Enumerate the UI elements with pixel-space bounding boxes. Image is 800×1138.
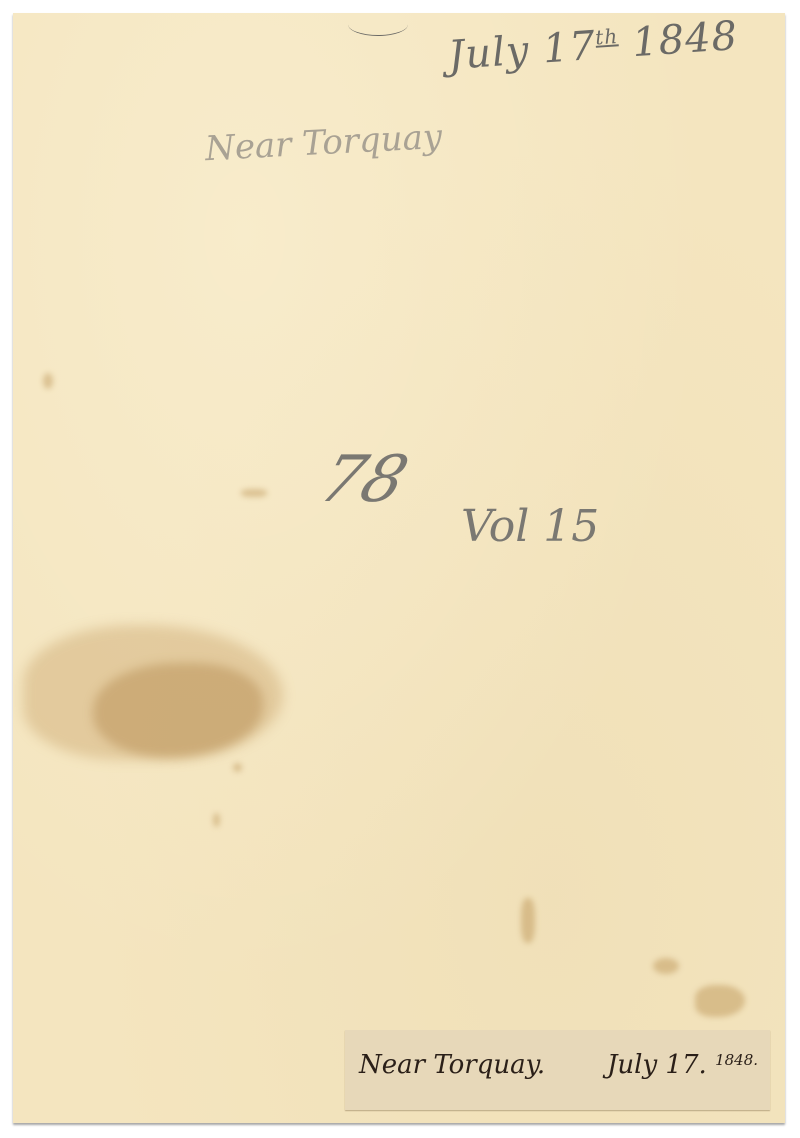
stain-spot xyxy=(213,813,220,827)
pasted-label: Near Torquay. July 17. 1848. xyxy=(345,1030,770,1110)
stain-corner xyxy=(695,985,745,1017)
pencil-date-suffix: th xyxy=(594,24,619,50)
pencil-volume: Vol 15 xyxy=(461,501,599,552)
label-date-day: July 17. xyxy=(607,1050,707,1080)
stain-spot xyxy=(653,958,679,974)
pencil-arc-mark xyxy=(348,13,408,36)
pencil-date-day: July 17 xyxy=(447,23,598,79)
stain-spot xyxy=(233,763,242,772)
stain-spot xyxy=(43,373,53,389)
pencil-date: July 17th 1848 xyxy=(447,13,740,79)
label-place: Near Torquay. xyxy=(359,1050,545,1080)
label-date-year: 1848. xyxy=(715,1051,758,1069)
label-date: July 17. 1848. xyxy=(607,1050,758,1080)
pencil-date-year: 1848 xyxy=(631,13,740,66)
pencil-number: 78 xyxy=(311,443,416,517)
stain-drip xyxy=(521,898,535,943)
stain-streak xyxy=(241,489,267,497)
pencil-place: Near Torquay xyxy=(204,117,443,169)
paper-sheet: July 17th 1848 Near Torquay 78 Vol 15 Ne… xyxy=(13,13,785,1123)
